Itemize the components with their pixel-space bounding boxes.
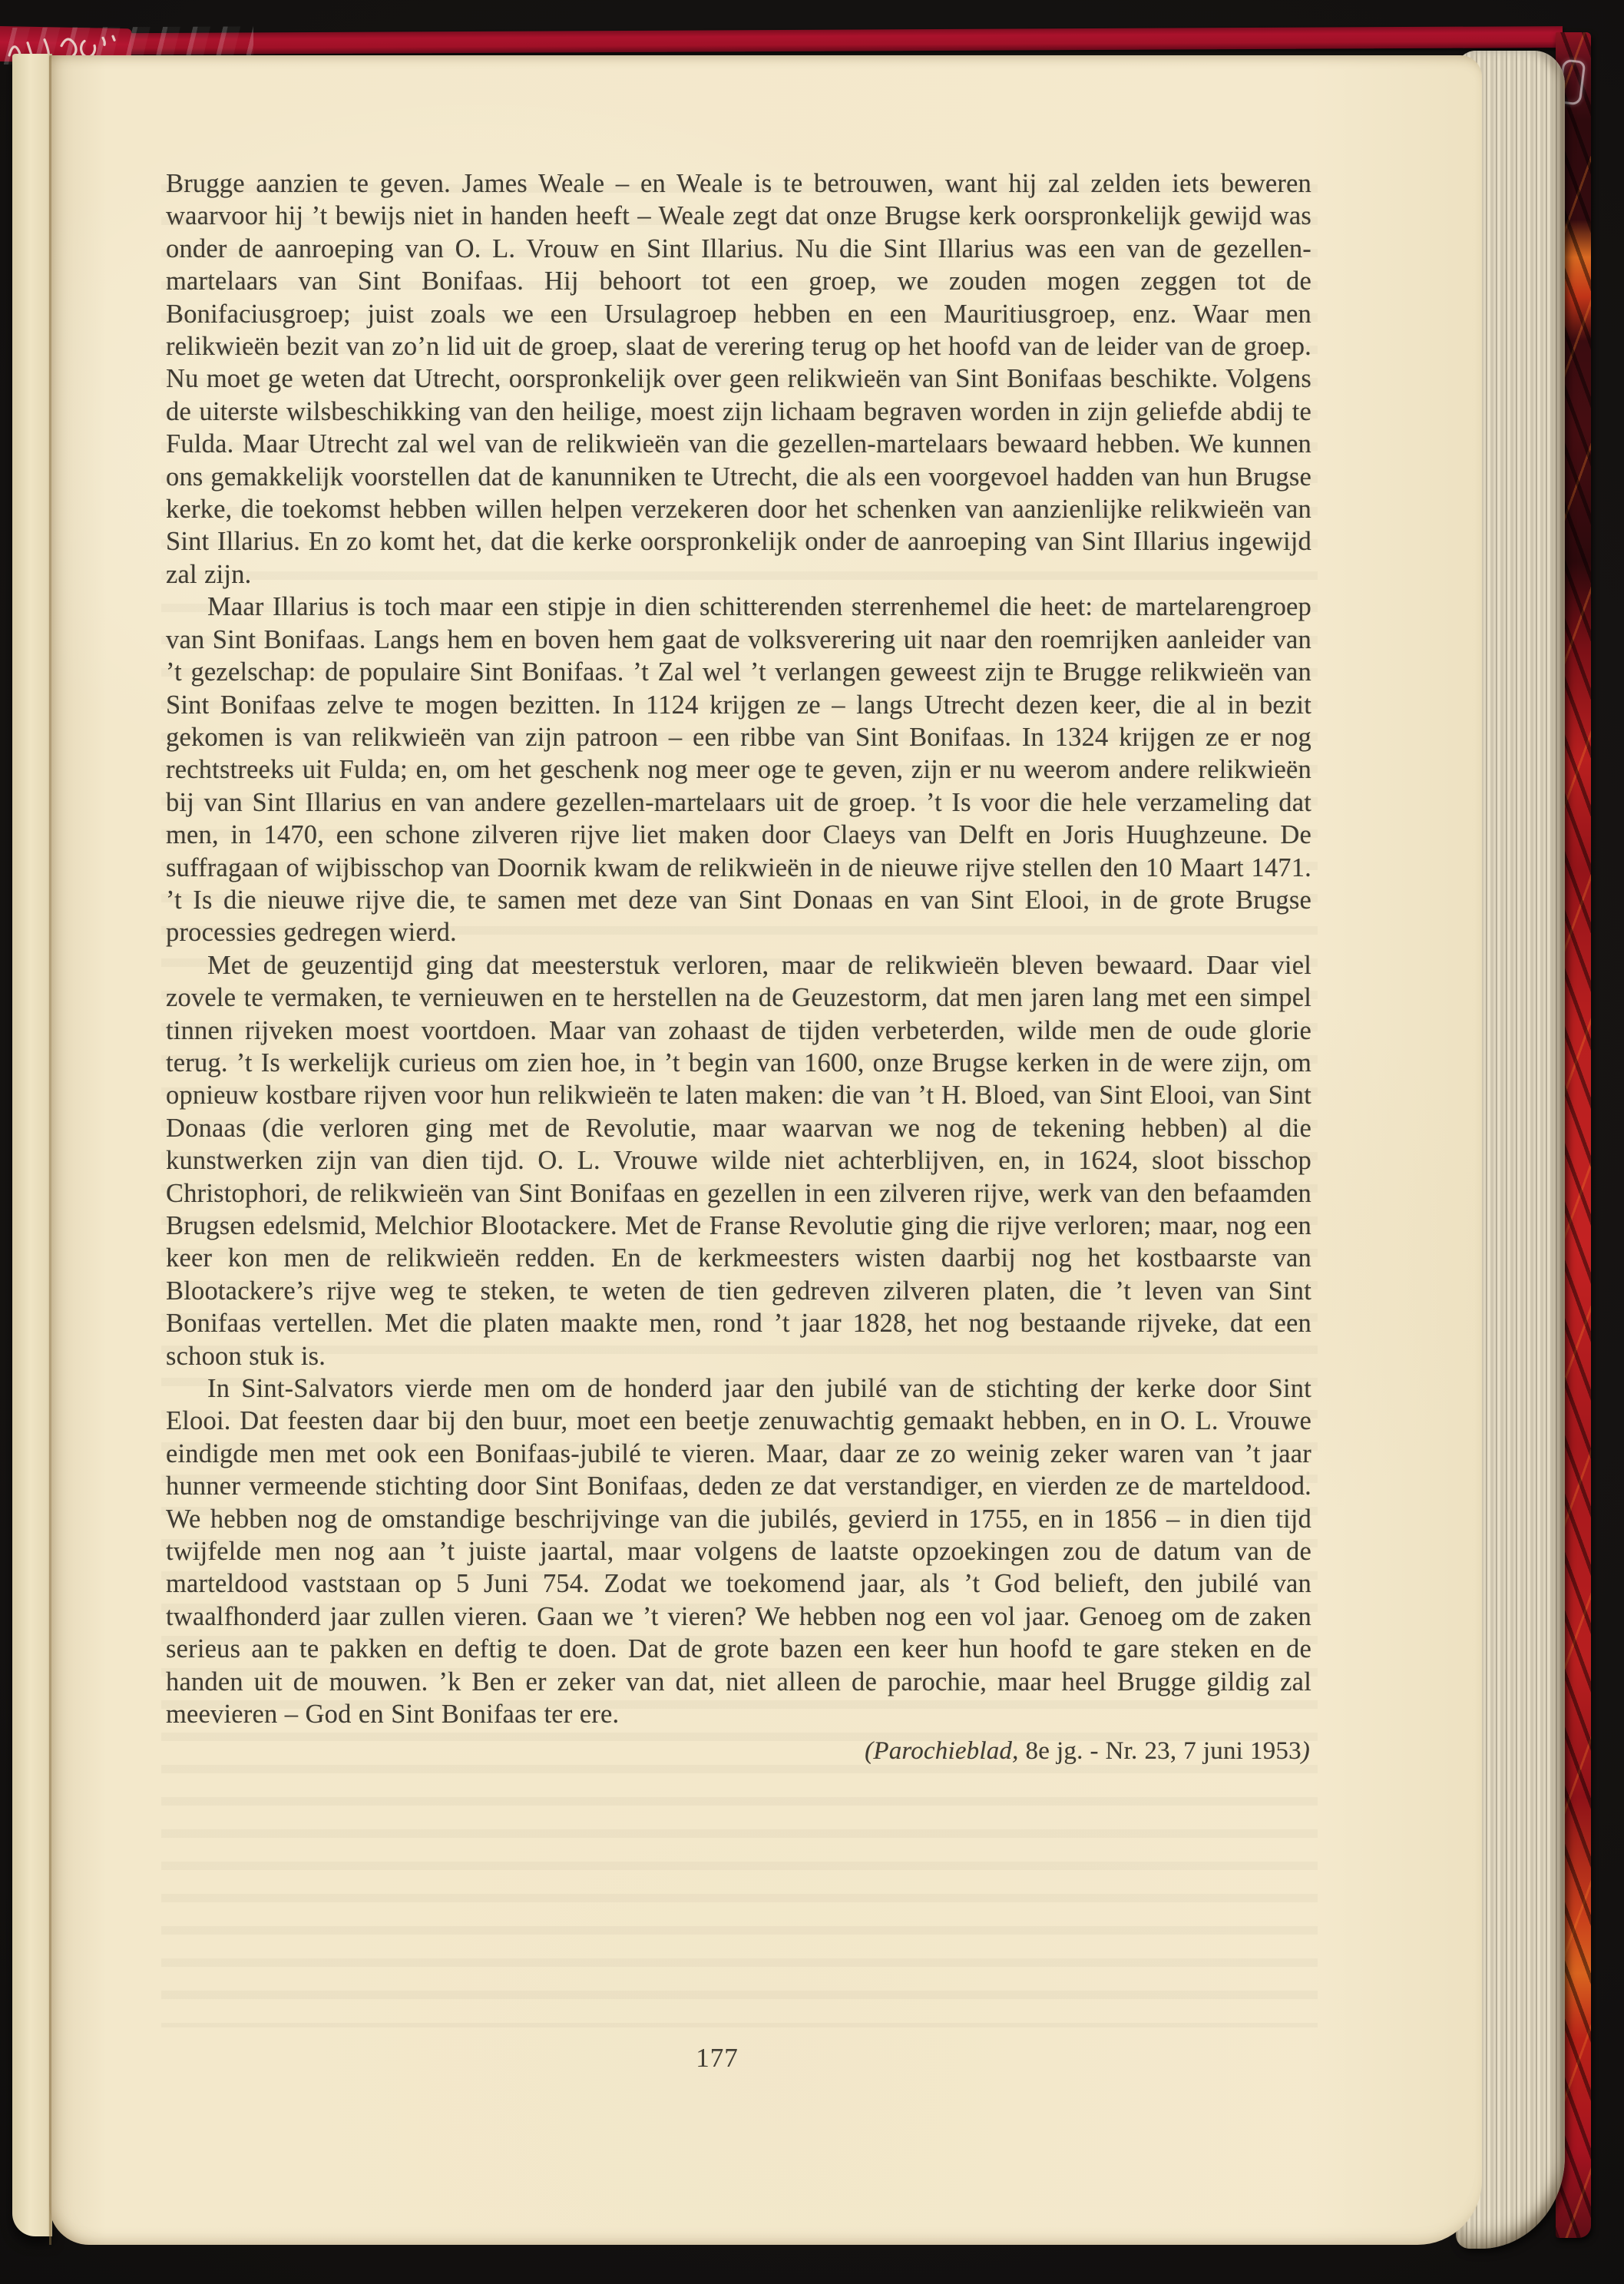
scanned-book-photo: Brugge aanzien te geven. James Weale – e…	[0, 0, 1624, 2284]
citation-close-paren: )	[1302, 1737, 1310, 1765]
citation-source: (Parochieblad,	[865, 1737, 1018, 1765]
text-block: Brugge aanzien te geven. James Weale – e…	[166, 167, 1311, 1767]
book-page: Brugge aanzien te geven. James Weale – e…	[49, 55, 1482, 2245]
paragraphs-container: Brugge aanzien te geven. James Weale – e…	[166, 167, 1311, 1731]
book-cover-top-edge	[0, 26, 1563, 55]
page-number: 177	[49, 2043, 1385, 2074]
paragraph: In Sint-Salvators vierde men om de honde…	[166, 1372, 1311, 1730]
citation-line: (Parochieblad, 8e jg. - Nr. 23, 7 juni 1…	[166, 1735, 1311, 1767]
page-gutter-shadow	[49, 55, 51, 2245]
paragraph: Met de geuzentijd ging dat meesterstuk v…	[166, 949, 1311, 1372]
paragraph: Brugge aanzien te geven. James Weale – e…	[166, 167, 1311, 591]
paragraph: Maar Illarius is toch maar een stipje in…	[166, 591, 1311, 948]
citation-detail: 8e jg. - Nr. 23, 7 juni 1953	[1019, 1737, 1302, 1765]
facing-page-edge	[12, 54, 52, 2236]
